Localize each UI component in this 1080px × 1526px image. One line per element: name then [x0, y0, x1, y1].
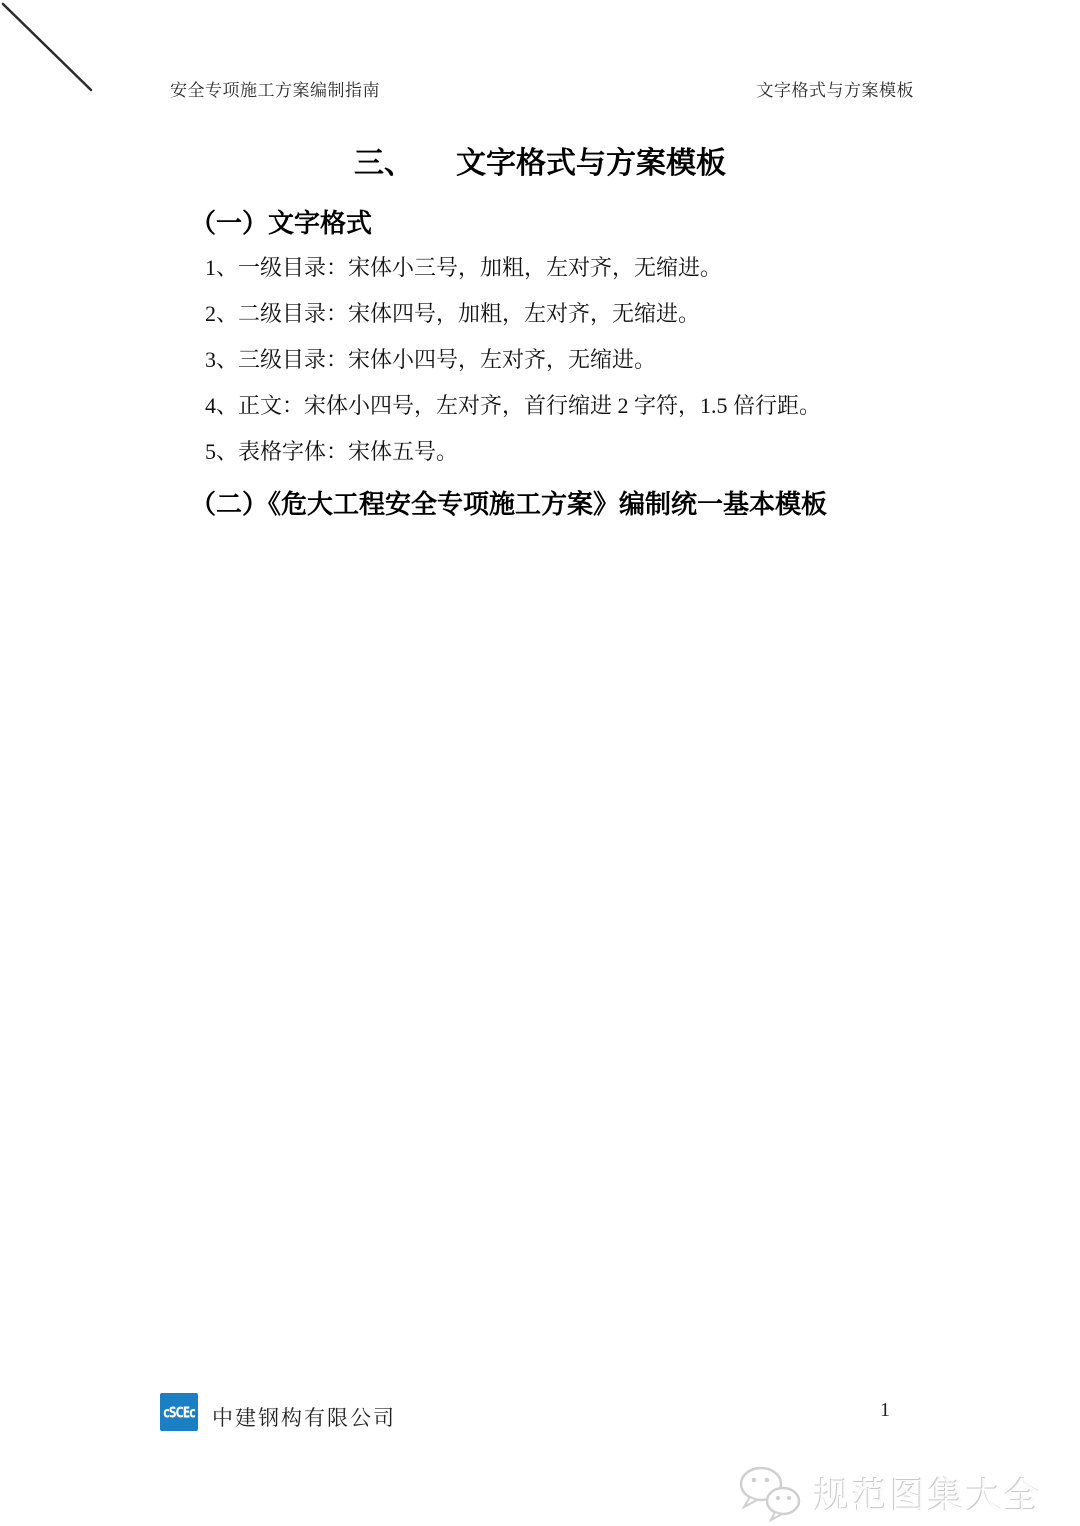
- corner-fold-line: [0, 0, 100, 96]
- page-number: 1: [880, 1399, 890, 1422]
- section-heading-text-format: （一）文字格式: [190, 203, 372, 240]
- format-rule-item-5: 5、表格字体：宋体五号。: [205, 440, 821, 464]
- format-rule-item-1: 1、一级目录：宋体小三号，加粗，左对齐，无缩进。: [205, 256, 821, 280]
- title-number: 三、: [354, 146, 414, 181]
- format-rules-list: 1、一级目录：宋体小三号，加粗，左对齐，无缩进。 2、二级目录：宋体四号，加粗，…: [205, 256, 821, 486]
- watermark: 规范图集大全: [738, 1464, 1042, 1522]
- page-header: 安全专项施工方案编制指南 文字格式与方案模板: [170, 76, 914, 101]
- company-name: 中建钢构有限公司: [212, 1402, 396, 1432]
- wechat-icon: [738, 1464, 804, 1522]
- cscec-logo-letters: cSCEc: [163, 1403, 195, 1421]
- header-right-text: 文字格式与方案模板: [757, 76, 915, 101]
- title-text: 文字格式与方案模板: [456, 146, 726, 181]
- format-rule-item-4: 4、正文：宋体小四号，左对齐，首行缩进 2 字符，1.5 倍行距。: [205, 394, 821, 418]
- section-heading-template: （二）《危大工程安全专项施工方案》编制统一基本模板: [190, 484, 827, 521]
- cscec-logo: cSCEc: [160, 1393, 198, 1431]
- format-rule-item-2: 2、二级目录：宋体四号，加粗，左对齐，无缩进。: [205, 302, 821, 326]
- format-rule-item-3: 3、三级目录：宋体小四号，左对齐，无缩进。: [205, 348, 821, 372]
- document-page: 安全专项施工方案编制指南 文字格式与方案模板 三、文字格式与方案模板 （一）文字…: [0, 0, 1080, 1526]
- document-title: 三、文字格式与方案模板: [0, 138, 1080, 182]
- header-left-text: 安全专项施工方案编制指南: [170, 76, 380, 101]
- watermark-text: 规范图集大全: [814, 1468, 1042, 1519]
